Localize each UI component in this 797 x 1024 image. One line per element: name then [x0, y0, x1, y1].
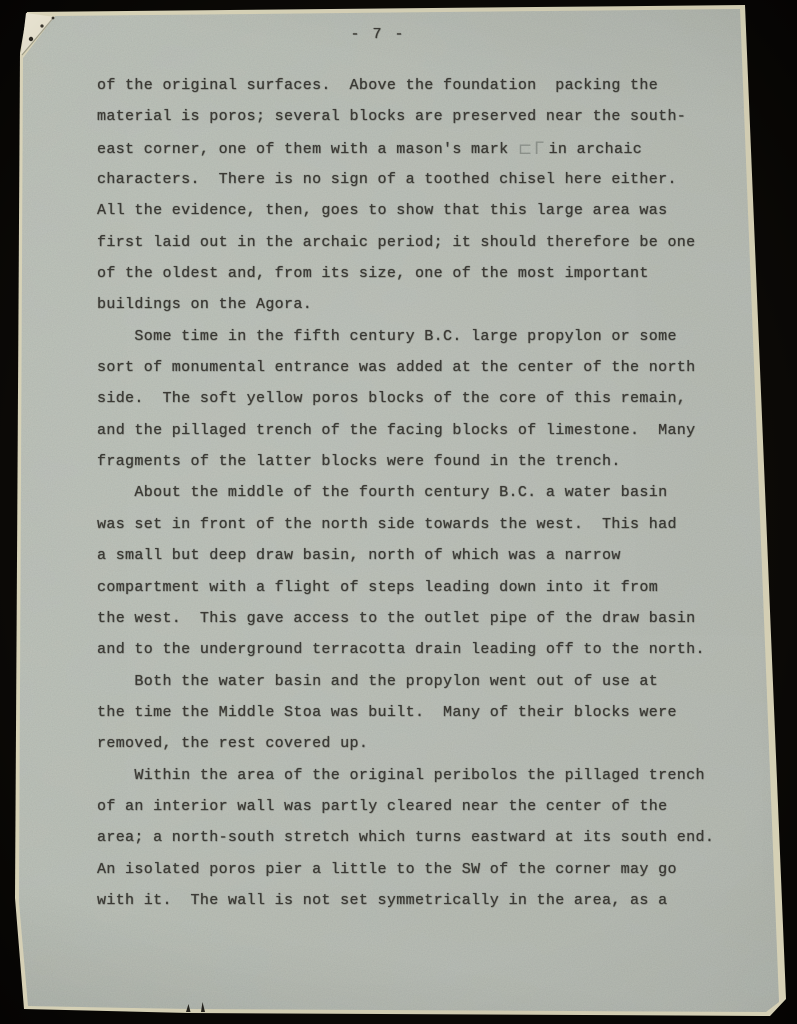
scanned-page-photo: - 7 - of the original surfaces. Above th… — [0, 0, 797, 1024]
staple-hole — [29, 37, 33, 41]
bottom-edge-speck — [186, 1004, 191, 1012]
staple-hole — [52, 17, 55, 20]
staple-hole — [40, 24, 43, 27]
scan-detail-marks — [0, 0, 797, 1024]
fold-crease-line — [22, 17, 54, 55]
bottom-edge-speck — [201, 1002, 205, 1012]
